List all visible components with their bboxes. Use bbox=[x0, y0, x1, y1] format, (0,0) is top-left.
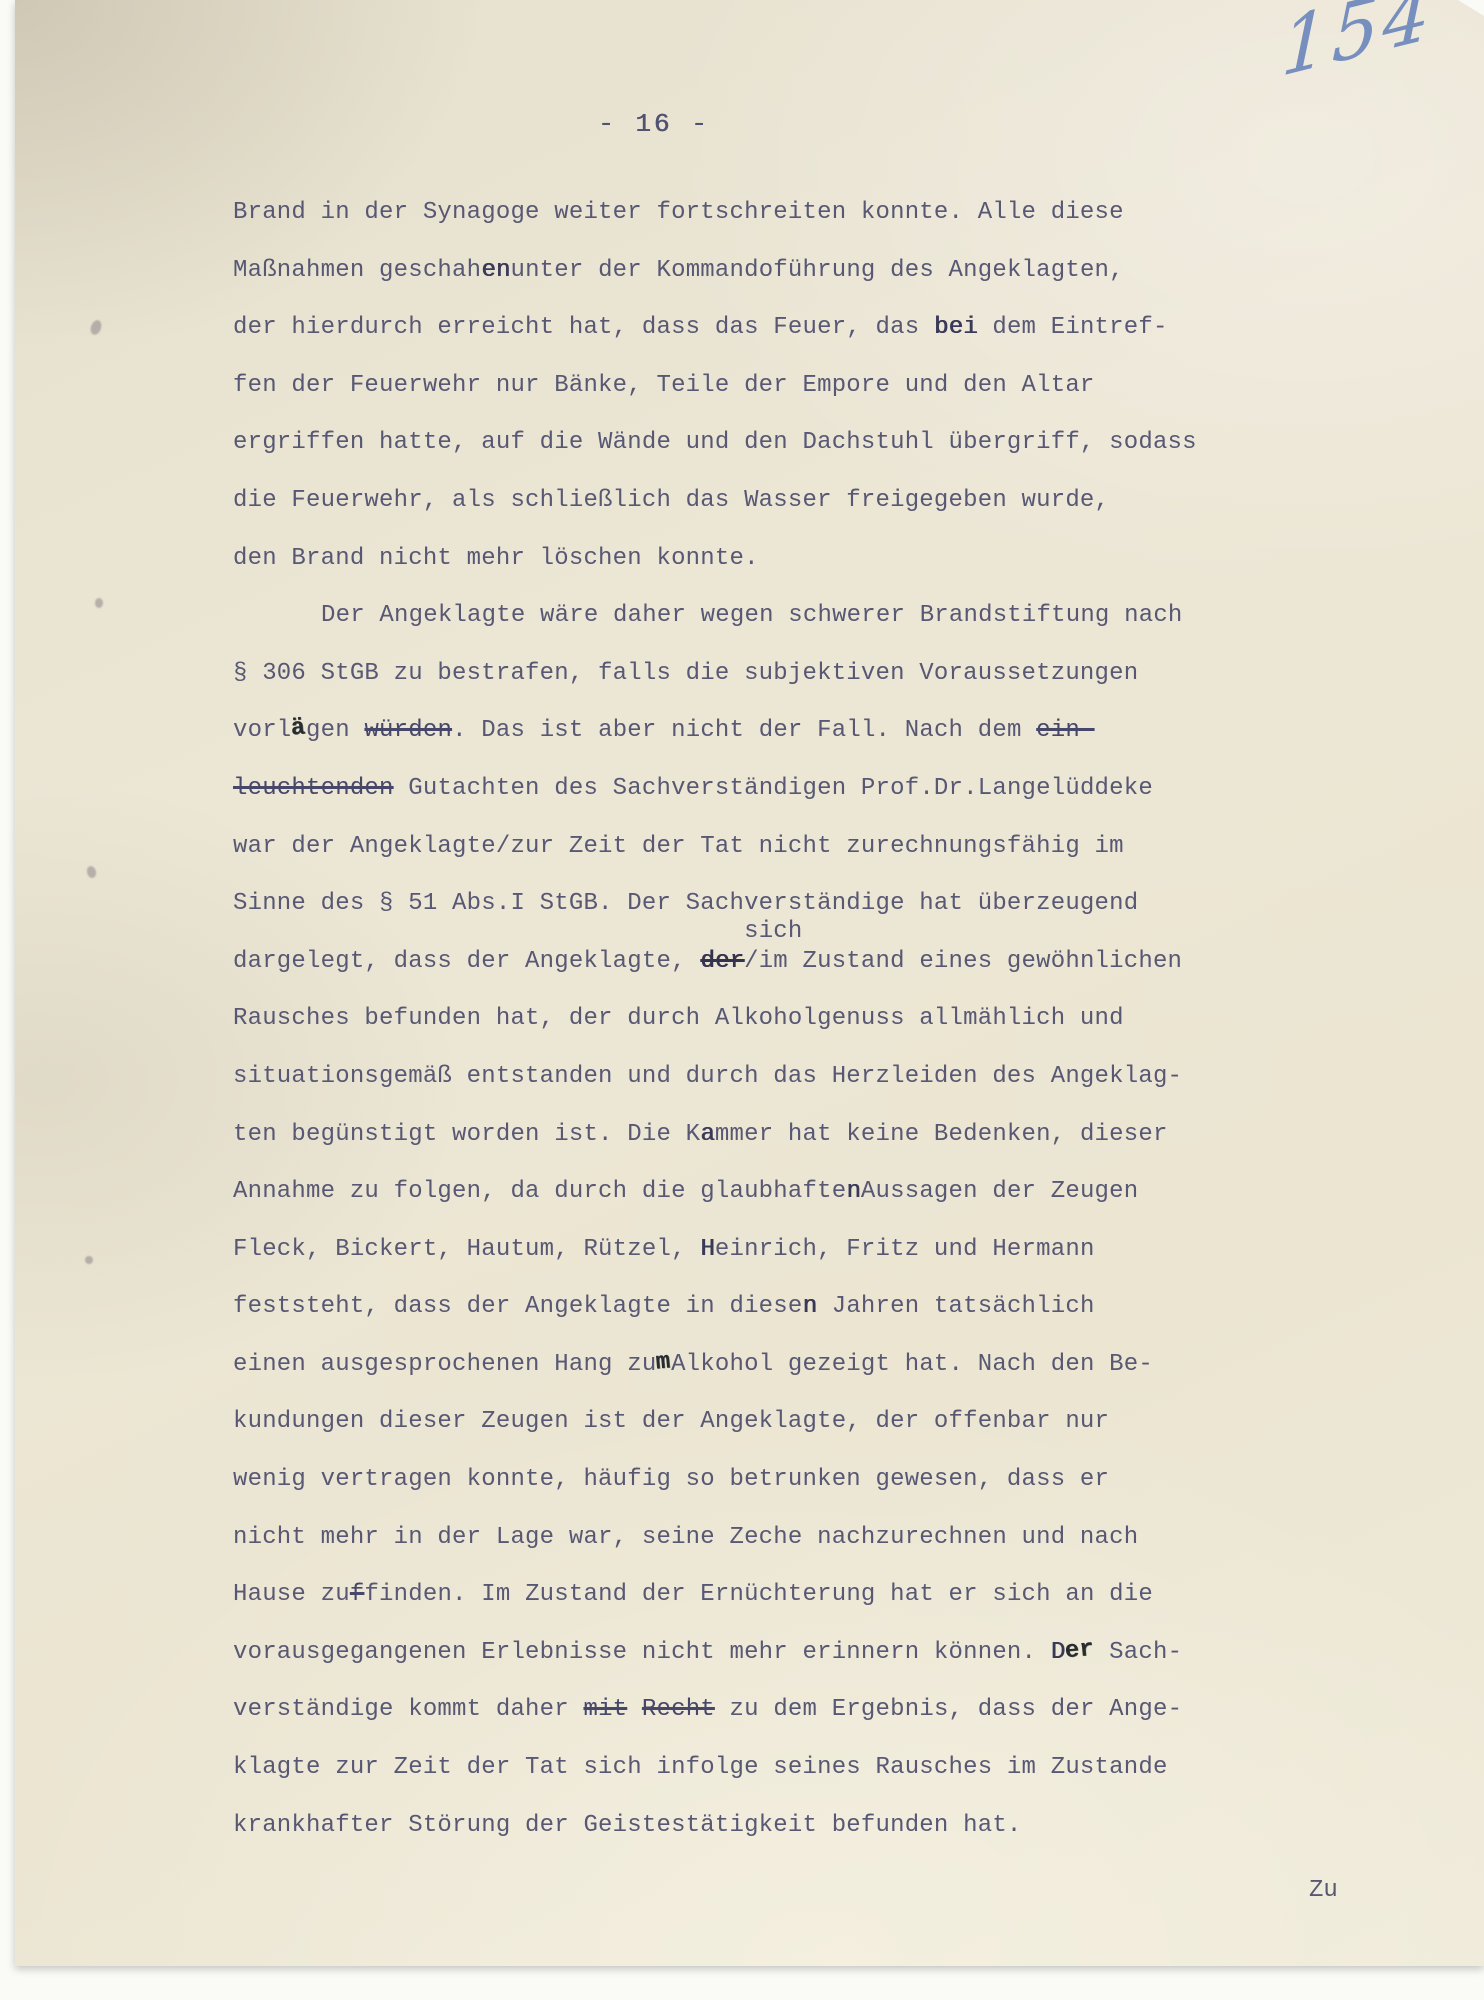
typewritten-text: Sach- bbox=[1095, 1639, 1183, 1666]
typewritten-text: wenig vertragen konnte, häufig so betrun… bbox=[233, 1466, 1109, 1493]
typewritten-text: Brand in der Synagoge weiter fortschreit… bbox=[233, 199, 1124, 226]
text-line: vorlägen würden. Das ist aber nicht der … bbox=[233, 702, 1197, 760]
text-line: Maßnahmen geschahenunter der Kommandofüh… bbox=[233, 242, 1197, 300]
text-line: leuchtenden Gutachten des Sachverständig… bbox=[233, 760, 1197, 818]
typewritten-text: . Das ist aber nicht der Fall. Nach dem bbox=[452, 717, 1036, 744]
text-line: einen ausgesprochenen Hang zumAlkohol ge… bbox=[233, 1336, 1197, 1394]
struck-out-text: leuchtenden bbox=[233, 775, 394, 802]
typewritten-text bbox=[627, 1696, 642, 1723]
typewritten-text: dem Eintref- bbox=[978, 314, 1168, 341]
typewritten-text: zu dem Ergebnis, dass der Ange- bbox=[715, 1696, 1182, 1723]
page-number: - 16 - bbox=[598, 100, 710, 148]
typewritten-text: klagte zur Zeit der Tat sich infolge sei… bbox=[233, 1754, 1168, 1781]
typewritten-text: Annahme zu folgen, da durch die glaubhaf… bbox=[233, 1178, 846, 1205]
document-body: Brand in der Synagoge weiter fortschreit… bbox=[233, 184, 1197, 1854]
paper-corner-notch bbox=[1458, 0, 1484, 16]
text-line: Rausches befunden hat, der durch Alkohol… bbox=[233, 990, 1197, 1048]
typewritten-text: war der Angeklagte/zur Zeit der Tat nich… bbox=[233, 833, 1124, 860]
text-line: situationsgemäß entstanden und durch das… bbox=[233, 1048, 1197, 1106]
typewritten-text: finden. Im Zustand der Ernüchterung hat … bbox=[364, 1581, 1153, 1608]
typewritten-text: /im Zustand eines gewöhnlichen bbox=[744, 948, 1182, 975]
typewritten-text: nicht mehr in der Lage war, seine Zeche … bbox=[233, 1524, 1138, 1551]
handwritten-correction: ä bbox=[289, 700, 309, 759]
typewritten-text: Maßnahmen geschah bbox=[233, 257, 481, 284]
typewritten-text: die Feuerwehr, als schließlich das Wasse… bbox=[233, 487, 1109, 514]
struck-out-text: ein- bbox=[1036, 717, 1094, 744]
document-page: 154 - 16 - Brand in der Synagoge weiter … bbox=[15, 0, 1484, 1966]
overtyped-text: n bbox=[846, 1178, 861, 1205]
scanned-document-canvas: 154 - 16 - Brand in der Synagoge weiter … bbox=[0, 0, 1484, 2000]
text-line: nicht mehr in der Lage war, seine Zeche … bbox=[233, 1509, 1197, 1567]
text-line: § 306 StGB zu bestrafen, falls die subje… bbox=[233, 645, 1197, 703]
text-line: der hierdurch erreicht hat, dass das Feu… bbox=[233, 299, 1197, 357]
text-line: Annahme zu folgen, da durch die glaubhaf… bbox=[233, 1163, 1197, 1221]
text-line: den Brand nicht mehr löschen konnte. bbox=[233, 530, 1197, 588]
typewritten-text: Jahren tatsächlich bbox=[817, 1293, 1094, 1320]
text-line: Fleck, Bickert, Hautum, Rützel, Heinrich… bbox=[233, 1221, 1197, 1279]
typewritten-text: § 306 StGB zu bestrafen, falls die subje… bbox=[233, 660, 1138, 687]
typewritten-text: vorl bbox=[233, 717, 291, 744]
typewritten-text: ten begünstigt worden ist. Die K bbox=[233, 1121, 700, 1148]
typewritten-text: feststeht, dass der Angeklagte in diese bbox=[233, 1293, 803, 1320]
typewritten-text: Aussagen der Zeugen bbox=[861, 1178, 1138, 1205]
text-line: ten begünstigt worden ist. Die Kammer ha… bbox=[233, 1106, 1197, 1164]
typewritten-text: dargelegt, dass der Angeklagte, bbox=[233, 948, 700, 975]
typewritten-text: kundungen dieser Zeugen ist der Angeklag… bbox=[233, 1408, 1109, 1435]
paper-speck bbox=[86, 865, 98, 879]
text-line: fen der Feuerwehr nur Bänke, Teile der E… bbox=[233, 357, 1197, 415]
struck-out-text: würden bbox=[364, 717, 452, 744]
paper-speck bbox=[85, 1256, 93, 1264]
handwritten-page-annotation: 154 bbox=[1280, 0, 1436, 95]
typewritten-text: unter der Kommandoführung des Angeklagte… bbox=[510, 257, 1123, 284]
typewritten-text: ergriffen hatte, auf die Wände und den D… bbox=[233, 429, 1197, 456]
catchword: Zu bbox=[1309, 1862, 1338, 1919]
typewritten-text: Der Angeklagte wäre daher wegen schwerer… bbox=[321, 602, 1183, 629]
typewritten-text: Rausches befunden hat, der durch Alkohol… bbox=[233, 1005, 1124, 1032]
typewritten-text: Gutachten des Sachverständigen Prof.Dr.L… bbox=[394, 775, 1153, 802]
typewritten-text: Sinne des § 51 Abs.I StGB. Der Sachverst… bbox=[233, 890, 1138, 917]
typewritten-text: vorausgegangenen Erlebnisse nicht mehr e… bbox=[233, 1639, 1051, 1666]
paper-speck bbox=[89, 319, 104, 337]
typewritten-text: mmer hat keine Bedenken, dieser bbox=[715, 1121, 1168, 1148]
text-line: Hause zuffinden. Im Zustand der Ernüchte… bbox=[233, 1566, 1197, 1624]
overtyped-text: bei bbox=[934, 314, 978, 341]
typewritten-text: Fleck, Bickert, Hautum, Rützel, bbox=[233, 1236, 700, 1263]
typewritten-text: krankhafter Störung der Geistestätigkeit… bbox=[233, 1812, 1022, 1839]
typewritten-text: verständige kommt daher bbox=[233, 1696, 583, 1723]
typewritten-text: Alkohol gezeigt hat. Nach den Be- bbox=[671, 1351, 1153, 1378]
typewritten-text: einrich, Fritz und Hermann bbox=[715, 1236, 1095, 1263]
overtyped-text: a bbox=[700, 1121, 715, 1148]
text-line: dargelegt, dass der Angeklagte, dersich/… bbox=[233, 933, 1197, 991]
typewritten-text: den Brand nicht mehr löschen konnte. bbox=[233, 545, 759, 572]
overtyped-text: H bbox=[700, 1236, 715, 1263]
overtyped-text: en bbox=[481, 257, 510, 284]
text-line: klagte zur Zeit der Tat sich infolge sei… bbox=[233, 1739, 1197, 1797]
typewritten-text: gen bbox=[306, 717, 364, 744]
text-line: war der Angeklagte/zur Zeit der Tat nich… bbox=[233, 818, 1197, 876]
struck-out-text: f bbox=[350, 1581, 365, 1608]
handwritten-correction: m bbox=[654, 1333, 674, 1392]
struck-out-text: mit bbox=[583, 1696, 627, 1723]
typewritten-text: der hierdurch erreicht hat, dass das Feu… bbox=[233, 314, 934, 341]
typewritten-text: Hause zu bbox=[233, 1581, 350, 1608]
typewritten-text: einen ausgesprochenen Hang zu bbox=[233, 1351, 656, 1378]
paper-speck bbox=[95, 598, 103, 608]
struck-out-text: der bbox=[700, 948, 744, 975]
text-line: kundungen dieser Zeugen ist der Angeklag… bbox=[233, 1393, 1197, 1451]
text-line: verständige kommt daher mit Recht zu dem… bbox=[233, 1681, 1197, 1739]
text-line: feststeht, dass der Angeklagte in diesen… bbox=[233, 1278, 1197, 1336]
text-line: Der Angeklagte wäre daher wegen schwerer… bbox=[233, 587, 1197, 645]
text-line: wenig vertragen konnte, häufig so betrun… bbox=[233, 1451, 1197, 1509]
text-line: vorausgegangenen Erlebnisse nicht mehr e… bbox=[233, 1624, 1197, 1682]
text-line: Sinne des § 51 Abs.I StGB. Der Sachverst… bbox=[233, 875, 1197, 933]
text-line: krankhafter Störung der Geistestätigkeit… bbox=[233, 1797, 1197, 1855]
typewritten-text: fen der Feuerwehr nur Bänke, Teile der E… bbox=[233, 372, 1095, 399]
typewritten-text: situationsgemäß entstanden und durch das… bbox=[233, 1063, 1182, 1090]
text-line: ergriffen hatte, auf die Wände und den D… bbox=[233, 414, 1197, 472]
text-line: Brand in der Synagoge weiter fortschreit… bbox=[233, 184, 1197, 242]
text-line: die Feuerwehr, als schließlich das Wasse… bbox=[233, 472, 1197, 530]
struck-out-text: Recht bbox=[642, 1696, 715, 1723]
overtyped-text: n bbox=[803, 1293, 818, 1320]
handwritten-correction: er bbox=[1063, 1621, 1097, 1681]
